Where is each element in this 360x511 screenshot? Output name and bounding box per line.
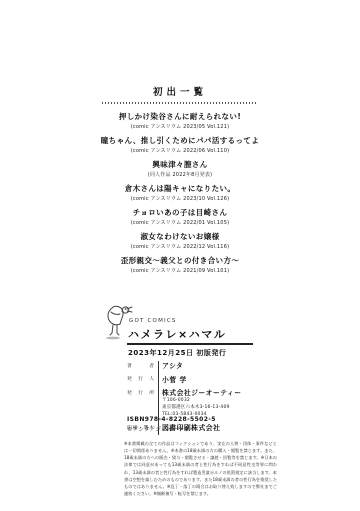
work-title: 興味津々膣さん	[0, 159, 360, 170]
work-title: 淑女なわけないお嬢様	[0, 231, 360, 242]
section-title: 初出一覧	[0, 84, 360, 98]
work-source: (comic アンスリウム 2022/12 Vol.116)	[0, 243, 360, 250]
work-source: (comic アンスリウム 2022/06 Vol.110)	[0, 147, 360, 154]
work-source: (comic アンスリウム 2023/10 Vol.126)	[0, 195, 360, 202]
dotted-divider	[102, 102, 258, 104]
book-title: ハメラレ×ハマル	[128, 326, 226, 342]
work-item: 瞳ちゃん、推し引くためにパパ活するってよ (comic アンスリウム 2022/…	[0, 135, 360, 154]
credit-row-publisher-person: 発行人 小菅 学	[127, 374, 262, 384]
credit-row-publisher-company: 発行所 株式会社ジーオーティー 〒106-0032 東京都港区六本木3-16-1…	[127, 387, 262, 419]
credit-row-author: 著者 アシタ	[127, 360, 262, 370]
work-item: 淑女なわけないお嬢様 (comic アンスリウム 2022/12 Vol.116…	[0, 231, 360, 250]
work-source: (comic アンスリウム 2022/01 Vol.105)	[0, 219, 360, 226]
work-title: 倉木さんは陽キャになりたい。	[0, 183, 360, 194]
copyright-line: ©アシタ／ジーオーティー	[127, 425, 216, 433]
edition-line: 2023年12月25日 初版発行	[128, 348, 226, 358]
credit-value: 小菅 学	[162, 374, 187, 384]
work-source: (comic アンスリウム 2021/09 Vol.101)	[0, 267, 360, 274]
work-item: 押しかけ染谷さんに耐えられない! (comic アンスリウム 2023/05 V…	[0, 111, 360, 130]
credit-label: 発行所	[127, 387, 154, 419]
disclaimer-text: ※本書掲載の全ての作品はフィクションであり、実在の人物・団体・事件などとは一切関…	[124, 440, 277, 497]
got-comics-label: GOT COMICS	[129, 318, 177, 324]
work-item: 興味津々膣さん (同人作品 2022年8月発表)	[0, 159, 360, 178]
first-publication-section: 初出一覧 押しかけ染谷さんに耐えられない! (comic アンスリウム 2023…	[0, 84, 360, 279]
work-title: 瞳ちゃん、推し引くためにパパ活するってよ	[0, 135, 360, 146]
work-title: 歪形親交〜義父との付き合い方〜	[0, 255, 360, 266]
work-item: 歪形親交〜義父との付き合い方〜 (comic アンスリウム 2021/09 Vo…	[0, 255, 360, 274]
work-item: 倉木さんは陽キャになりたい。 (comic アンスリウム 2023/10 Vol…	[0, 183, 360, 202]
publisher-postal-code: 〒106-0032	[162, 397, 242, 404]
publisher-address: 東京都港区六本木3-16-13-409	[162, 404, 242, 411]
work-title: チョロいあの子は目崎さん	[0, 207, 360, 218]
isbn-block: ISBN978-4-8228-5502-5 ©アシタ／ジーオーティー	[127, 416, 216, 433]
work-source: (同人作品 2022年8月発表)	[0, 171, 360, 178]
credit-value: アシタ	[162, 360, 183, 370]
isbn-number: ISBN978-4-8228-5502-5	[127, 416, 216, 423]
credit-label: 著者	[127, 360, 154, 370]
title-rule	[127, 343, 253, 345]
colophon-page: 初出一覧 押しかけ染谷さんに耐えられない! (comic アンスリウム 2023…	[0, 0, 360, 511]
credit-value: 株式会社ジーオーティー	[162, 387, 242, 397]
work-source: (comic アンスリウム 2023/05 Vol.121)	[0, 123, 360, 130]
work-item: チョロいあの子は目崎さん (comic アンスリウム 2022/01 Vol.1…	[0, 207, 360, 226]
work-title: 押しかけ染谷さんに耐えられない!	[0, 111, 360, 122]
credit-label: 発行人	[127, 374, 154, 384]
